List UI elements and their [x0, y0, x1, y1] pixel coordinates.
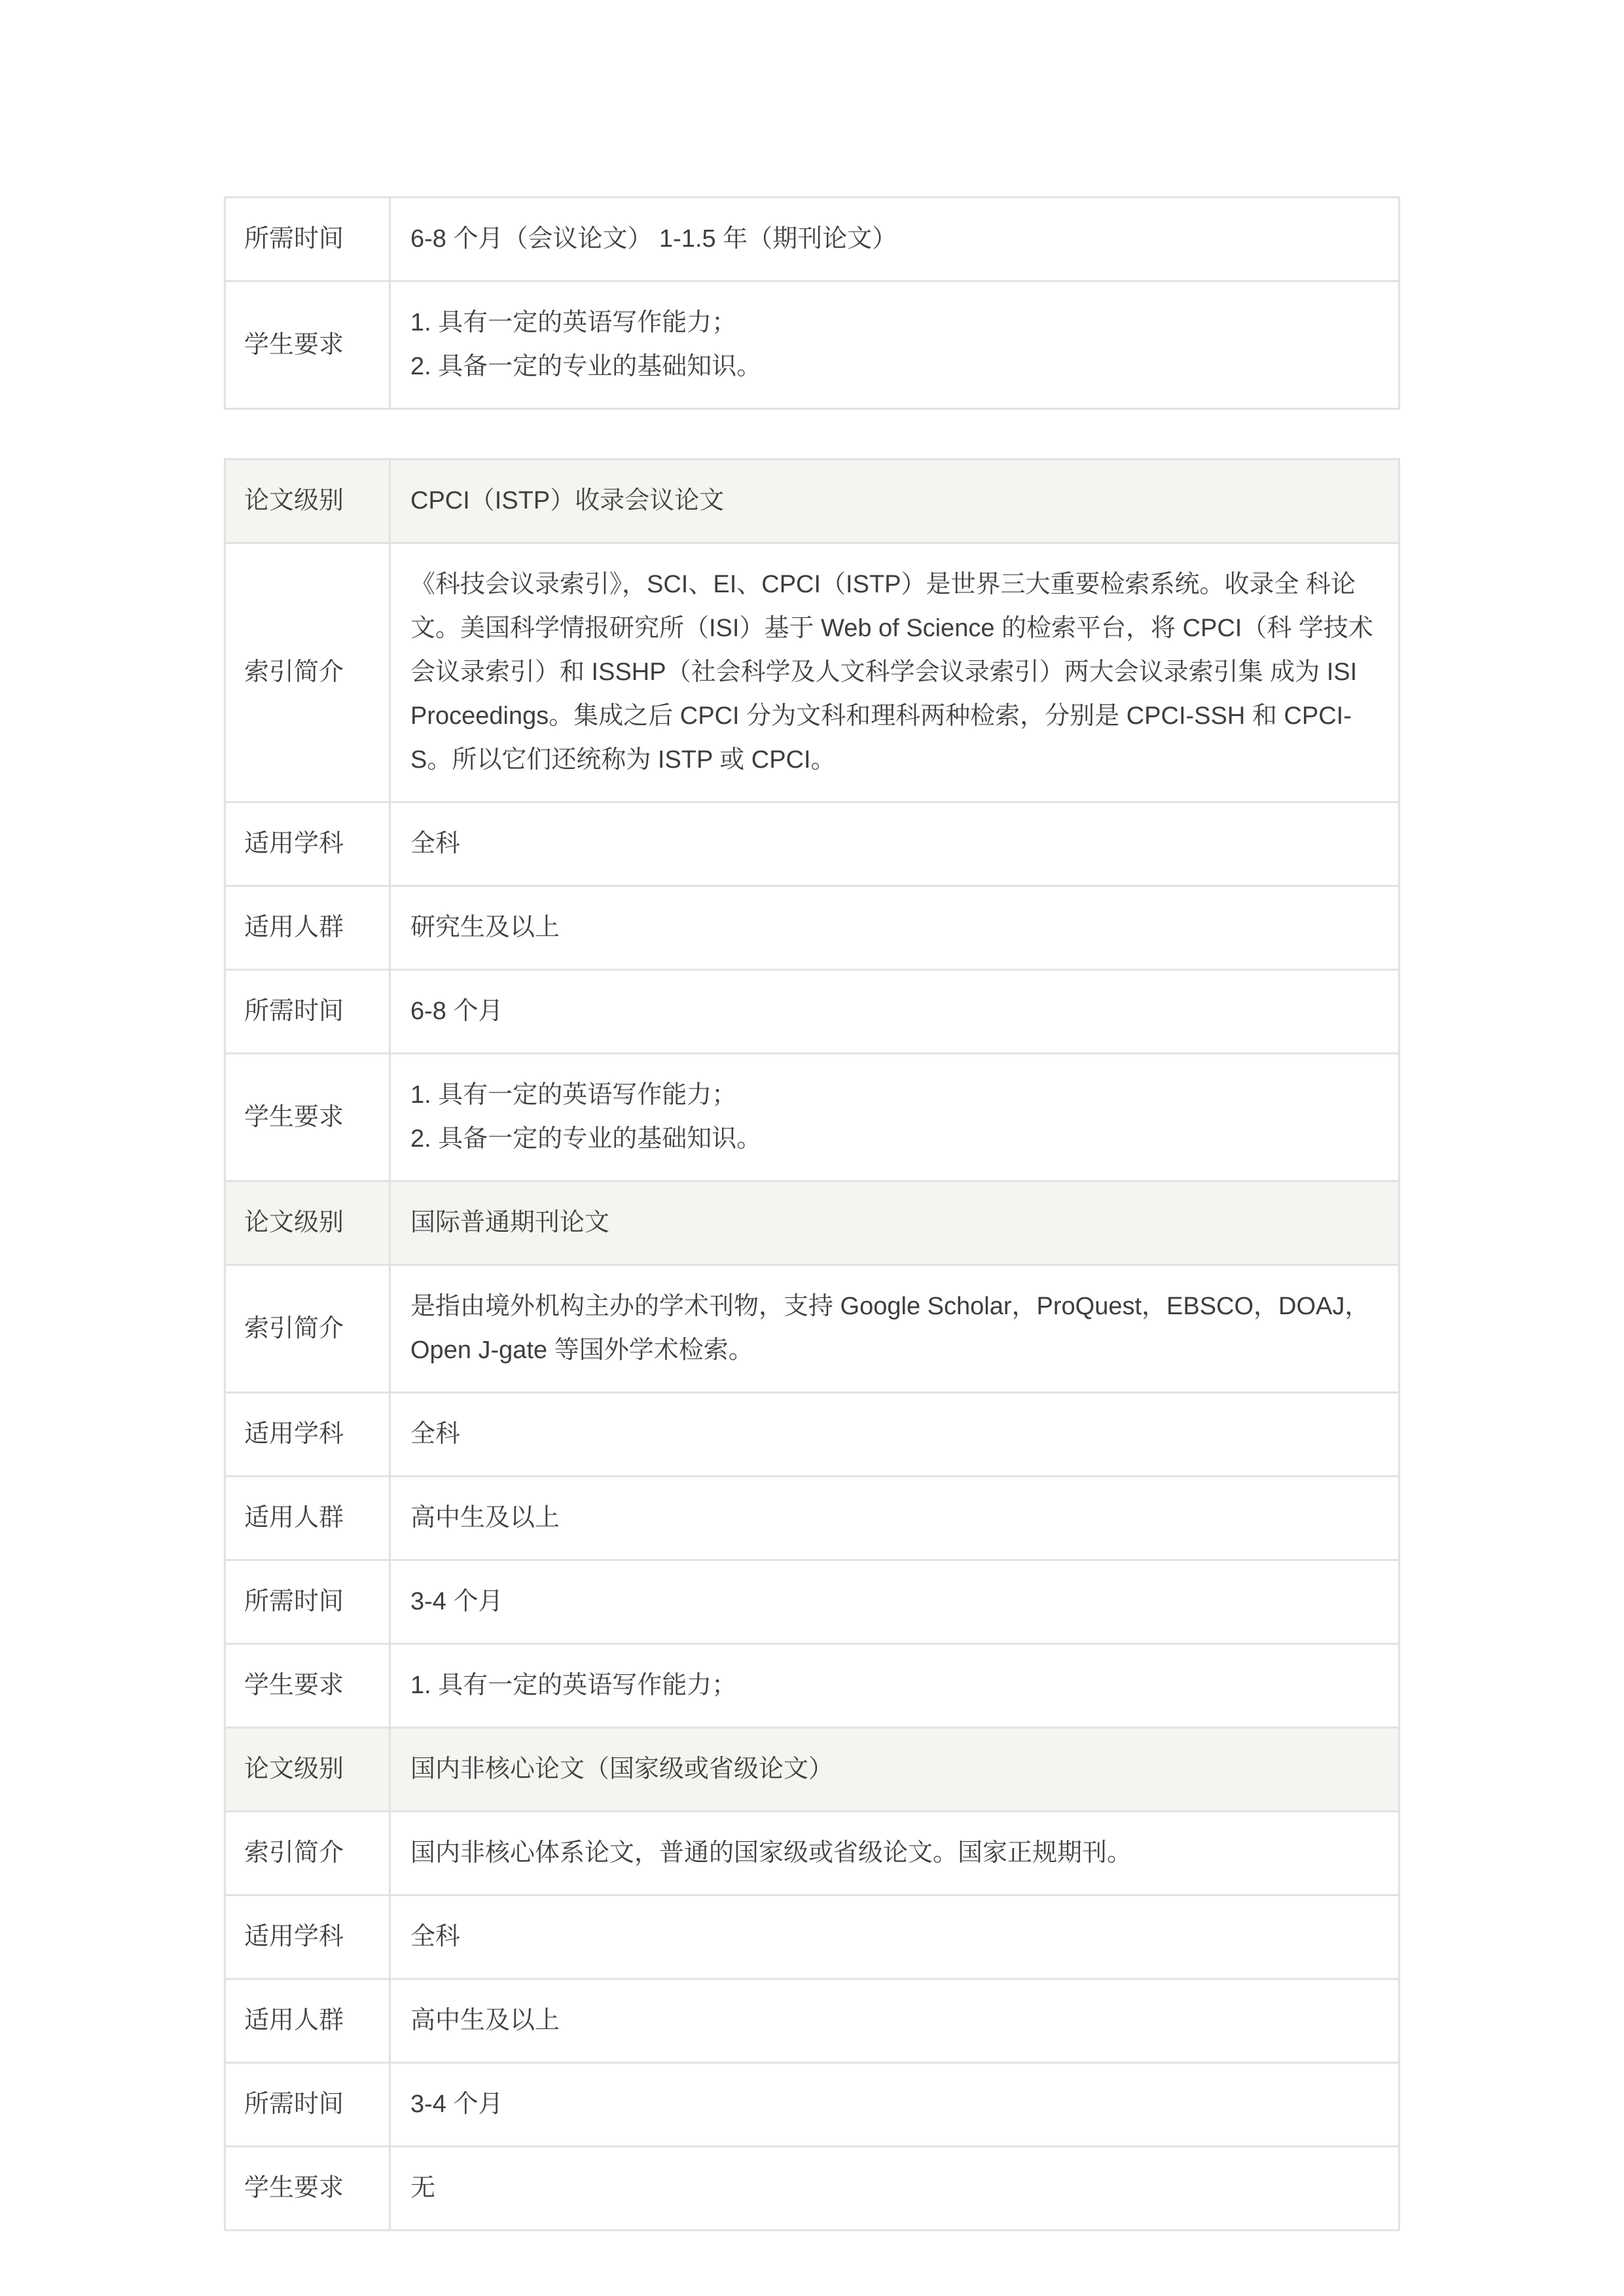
row-label: 所需时间	[226, 971, 391, 1052]
row-value-line: 全科	[410, 822, 1375, 866]
row-value: 国内非核心论文（国家级或省级论文）	[391, 1729, 1398, 1810]
row-value-line: 6-8 个月（会议论文） 1-1.5 年（期刊论文）	[410, 217, 1375, 261]
row-label: 适用人群	[226, 1477, 391, 1559]
row-value: 3-4 个月	[391, 1561, 1398, 1643]
row-value-line: 国际普通期刊论文	[410, 1201, 1375, 1245]
table-row: 适用学科 全科	[226, 1391, 1398, 1475]
row-label: 论文级别	[226, 1182, 391, 1264]
table-row: 所需时间 6-8 个月（会议论文） 1-1.5 年（期刊论文）	[226, 198, 1398, 280]
row-label: 适用人群	[226, 887, 391, 969]
row-value: 1. 具有一定的英语写作能力；2. 具备一定的专业的基础知识。	[391, 282, 1398, 408]
row-value-line: 2. 具备一定的专业的基础知识。	[410, 1117, 1375, 1161]
row-label: 所需时间	[226, 2064, 391, 2145]
row-value: 是指由境外机构主办的学术刊物，支持 Google Scholar，ProQues…	[391, 1266, 1398, 1391]
row-value-line: 《科技会议录索引》，SCI、EI、CPCI（ISTP）是世界三大重要检索系统。收…	[410, 563, 1375, 782]
row-label: 适用学科	[226, 1896, 391, 1978]
table-row: 适用学科 全科	[226, 801, 1398, 885]
table-row: 适用人群 研究生及以上	[226, 885, 1398, 969]
table-row: 索引简介 是指由境外机构主办的学术刊物，支持 Google Scholar，Pr…	[226, 1264, 1398, 1391]
row-value-line: 国内非核心体系论文，普通的国家级或省级论文。国家正规期刊。	[410, 1831, 1375, 1875]
row-label: 论文级别	[226, 460, 391, 542]
table-row: 索引简介 国内非核心体系论文，普通的国家级或省级论文。国家正规期刊。	[226, 1810, 1398, 1894]
row-value-line: 1. 具有一定的英语写作能力；	[410, 301, 1375, 345]
row-label: 所需时间	[226, 1561, 391, 1643]
row-label: 学生要求	[226, 282, 391, 408]
row-label: 所需时间	[226, 198, 391, 280]
row-value-line: 3-4 个月	[410, 1580, 1375, 1624]
row-value: 1. 具有一定的英语写作能力；	[391, 1645, 1398, 1727]
row-value: CPCI（ISTP）收录会议论文	[391, 460, 1398, 542]
row-value: 3-4 个月	[391, 2064, 1398, 2145]
row-value: 全科	[391, 1393, 1398, 1475]
row-label: 学生要求	[226, 1054, 391, 1180]
row-label: 索引简介	[226, 544, 391, 801]
table-row: 适用学科 全科	[226, 1894, 1398, 1978]
table-row: 学生要求 1. 具有一定的英语写作能力；	[226, 1643, 1398, 1727]
row-value-line: 1. 具有一定的英语写作能力；	[410, 1664, 1375, 1708]
row-value: 6-8 个月（会议论文） 1-1.5 年（期刊论文）	[391, 198, 1398, 280]
table-row: 论文级别 国际普通期刊论文	[226, 1180, 1398, 1264]
row-value: 国际普通期刊论文	[391, 1182, 1398, 1264]
row-value-line: 2. 具备一定的专业的基础知识。	[410, 345, 1375, 389]
row-value: 高中生及以上	[391, 1477, 1398, 1559]
row-value-line: 研究生及以上	[410, 906, 1375, 950]
row-value: 高中生及以上	[391, 1980, 1398, 2062]
row-label: 论文级别	[226, 1729, 391, 1810]
table-row: 学生要求 无	[226, 2145, 1398, 2229]
row-label: 学生要求	[226, 2147, 391, 2229]
row-value-line: 国内非核心论文（国家级或省级论文）	[410, 1748, 1375, 1791]
requirements-table-continued: 所需时间 6-8 个月（会议论文） 1-1.5 年（期刊论文） 学生要求 1. …	[224, 196, 1400, 410]
table-row: 适用人群 高中生及以上	[226, 1978, 1398, 2062]
row-label: 适用学科	[226, 803, 391, 885]
row-value-line: 高中生及以上	[410, 1999, 1375, 2043]
table-row: 论文级别 国内非核心论文（国家级或省级论文）	[226, 1727, 1398, 1810]
row-value: 研究生及以上	[391, 887, 1398, 969]
row-label: 学生要求	[226, 1645, 391, 1727]
table-row: 论文级别 CPCI（ISTP）收录会议论文	[226, 460, 1398, 542]
row-value: 全科	[391, 803, 1398, 885]
row-value-line: 是指由境外机构主办的学术刊物，支持 Google Scholar，ProQues…	[410, 1285, 1375, 1372]
row-value-line: 无	[410, 2166, 1375, 2210]
document-page: { "page": { "background": "#ffffff" }, "…	[0, 0, 1624, 2296]
paper-levels-table: 论文级别 CPCI（ISTP）收录会议论文 索引简介 《科技会议录索引》，SCI…	[224, 458, 1400, 2231]
table-row: 适用人群 高中生及以上	[226, 1475, 1398, 1559]
row-value-line: 高中生及以上	[410, 1496, 1375, 1540]
row-value: 6-8 个月	[391, 971, 1398, 1052]
table-row: 学生要求 1. 具有一定的英语写作能力；2. 具备一定的专业的基础知识。	[226, 280, 1398, 408]
table-row: 所需时间 6-8 个月	[226, 969, 1398, 1052]
table-row: 索引简介 《科技会议录索引》，SCI、EI、CPCI（ISTP）是世界三大重要检…	[226, 542, 1398, 801]
table-row: 所需时间 3-4 个月	[226, 2062, 1398, 2145]
row-value-line: 1. 具有一定的英语写作能力；	[410, 1073, 1375, 1117]
row-value: 全科	[391, 1896, 1398, 1978]
row-label: 索引简介	[226, 1812, 391, 1894]
row-value-line: CPCI（ISTP）收录会议论文	[410, 479, 1375, 523]
row-value-line: 全科	[410, 1412, 1375, 1456]
table-row: 所需时间 3-4 个月	[226, 1559, 1398, 1643]
row-value: 1. 具有一定的英语写作能力；2. 具备一定的专业的基础知识。	[391, 1054, 1398, 1180]
row-label: 适用人群	[226, 1980, 391, 2062]
table-row: 学生要求 1. 具有一定的英语写作能力；2. 具备一定的专业的基础知识。	[226, 1052, 1398, 1180]
row-value: 无	[391, 2147, 1398, 2229]
row-value-line: 全科	[410, 1915, 1375, 1959]
row-value-line: 6-8 个月	[410, 990, 1375, 1033]
row-value: 《科技会议录索引》，SCI、EI、CPCI（ISTP）是世界三大重要检索系统。收…	[391, 544, 1398, 801]
row-label: 索引简介	[226, 1266, 391, 1391]
row-value-line: 3-4 个月	[410, 2083, 1375, 2126]
row-label: 适用学科	[226, 1393, 391, 1475]
row-value: 国内非核心体系论文，普通的国家级或省级论文。国家正规期刊。	[391, 1812, 1398, 1894]
